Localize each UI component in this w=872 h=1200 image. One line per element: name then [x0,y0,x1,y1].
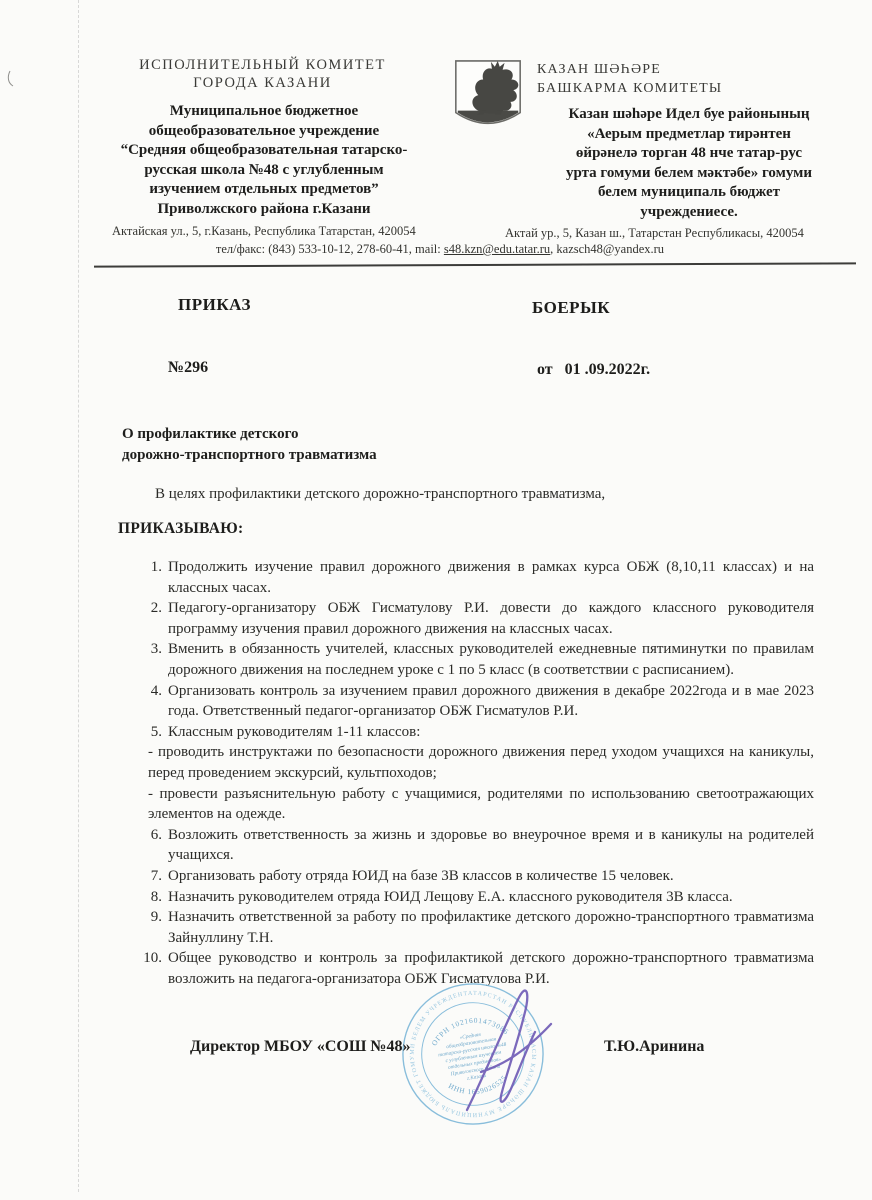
order-date: от 01 .09.2022г. [537,361,650,379]
intro-paragraph: В целях профилактики детского дорожно-тр… [128,486,788,503]
order-number: №296 [168,359,208,377]
phone-fax-label: тел/факс: (843) 533-10-12, 278-60-41, ma… [216,242,441,256]
address-ru: Актайская ул., 5, г.Казань, Республика Т… [112,224,472,239]
directive-heading: ПРИКАЗЫВАЮ: [118,520,244,538]
list-item: 1. Продолжить изучение правил дорожного … [128,557,814,598]
item-text: Организовать контроль за изучением прави… [168,683,814,720]
item-text: Продолжить изучение правил дорожного дви… [168,559,814,596]
kazan-zilant-coat-of-arms-icon [449,57,527,139]
item-text: Назначить ответственной за работу по про… [168,909,814,946]
item-number: 9. [140,907,162,928]
order-subject: О профилактике детского дорожно-транспор… [122,424,542,466]
handwritten-signature [455,972,580,1127]
list-item: 7. Организовать работу отряда ЮИД на баз… [128,866,814,887]
scanned-order-document: ИСПОЛНИТЕЛЬНЫЙ КОМИТЕТ ГОРОДА КАЗАНИ КАЗ… [0,0,872,1200]
executive-committee-title-ru: ИСПОЛНИТЕЛЬНЫЙ КОМИТЕТ ГОРОДА КАЗАНИ [95,56,430,92]
scan-fold-line [78,0,79,1192]
item-number: 5. [140,722,162,743]
item-text: Классным руководителям 1-11 классов: [168,724,420,740]
item-number: 2. [140,598,162,619]
list-item: 5. Классным руководителям 1-11 классов: … [128,722,814,825]
list-item: 3. Вменить в обязанность учителей, класс… [128,639,814,680]
item-text: Возложить ответственность за жизнь и здо… [168,827,814,864]
item-number: 4. [140,681,162,702]
school-name-tat: Казан шәһәре Идел буе районының «Аерым п… [523,105,855,222]
order-title-tat: БОЕРЫК [532,298,610,318]
email-primary: s48.kzn@edu.tatar.ru [444,242,550,256]
item-text: Назначить руководителем отряда ЮИД Лещов… [168,889,733,905]
executive-committee-title-tat: КАЗАН ШӘҺӘРЕ БАШКАРМА КОМИТЕТЫ [537,60,847,98]
email-secondary: kazsch48@yandex.ru [556,242,664,256]
school-name-ru: Муниципальное бюджетное общеобразователь… [88,102,440,219]
item-subitem: - провести разъяснительную работу с учащ… [148,784,814,825]
item-number: 7. [140,866,162,887]
phone-email-line: тел/факс: (843) 533-10-12, 278-60-41, ma… [120,242,760,257]
item-text: Педагогу-организатору ОБЖ Гисматулову Р.… [168,600,814,637]
signature-position-title: Директор МБОУ «СОШ №48» [190,1038,411,1056]
list-item: 4. Организовать контроль за изучением пр… [128,681,814,722]
order-items-list: 1. Продолжить изучение правил дорожного … [128,557,814,989]
item-subitem: - проводить инструктажи по безопасности … [148,742,814,783]
header-divider-rule [94,262,856,267]
list-item: 8. Назначить руководителем отряда ЮИД Ле… [128,887,814,908]
email-separator: , [550,242,553,256]
list-item: 9. Назначить ответственной за работу по … [128,907,814,948]
list-item: 2. Педагогу-организатору ОБЖ Гисматулову… [128,598,814,639]
order-title-ru: ПРИКАЗ [178,295,251,315]
item-number: 3. [140,639,162,660]
pen-mark [4,68,22,90]
item-text: Организовать работу отряда ЮИД на базе 3… [168,868,674,884]
item-text: Вменить в обязанность учителей, классных… [168,641,814,678]
item-number: 1. [140,557,162,578]
item-number: 10. [134,948,162,969]
signature-name: Т.Ю.Аринина [604,1038,704,1056]
item-number: 6. [140,825,162,846]
address-tat: Актай ур., 5, Казан ш., Татарстан Респуб… [505,226,835,241]
item-number: 8. [140,887,162,908]
list-item: 6. Возложить ответственность за жизнь и … [128,825,814,866]
